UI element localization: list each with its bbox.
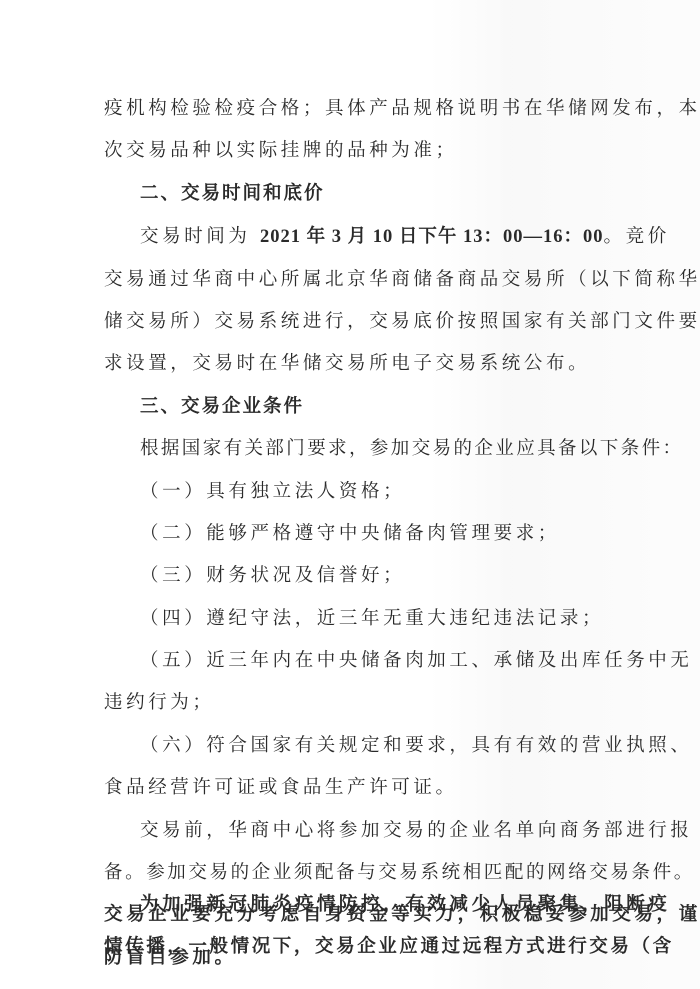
condition-item-cont: 违约行为； — [104, 689, 215, 717]
text-line: 储交易所）交易系统进行，交易底价按照国家有关部门文件要 — [104, 308, 700, 336]
text-line: 交易通过华商中心所属北京华商储备商品交易所（以下简称华 — [104, 266, 700, 294]
condition-item: （一）具有独立法人资格； — [140, 478, 405, 506]
condition-item: （六）符合国家有关规定和要求，具有有效的营业执照、 — [140, 732, 693, 760]
text-line: 备。参加交易的企业须配备与交易系统相匹配的网络交易条件。 — [104, 859, 695, 887]
text-line: 根据国家有关部门要求，参加交易的企业应具备以下条件： — [140, 435, 683, 463]
page-number: 2 — [0, 902, 700, 920]
text-line: 疫机构检验检疫合格；具体产品规格说明书在华储网发布，本 — [104, 95, 700, 123]
section-heading-2: 二、交易时间和底价 — [140, 180, 325, 208]
time-suffix: 。竞价 — [604, 226, 670, 247]
text-line: 交易时间为 2021 年 3 月 10 日下午 13：00—16：00。竞价 — [140, 223, 670, 251]
time-prefix: 交易时间为 — [140, 226, 260, 247]
section-heading-3: 三、交易企业条件 — [140, 393, 304, 421]
condition-item: （五）近三年内在中央储备肉加工、承储及出库任务中无 — [140, 647, 693, 675]
text-line: 交易前，华商中心将参加交易的企业名单向商务部进行报 — [140, 817, 693, 845]
bold-covid-line: 情传播，一般情况下，交易企业应通过远程方式进行交易（含 — [104, 933, 674, 961]
condition-item: （三）财务状况及信誉好； — [140, 562, 405, 590]
text-line: 次交易品种以实际挂牌的品种为准； — [104, 137, 458, 165]
trading-time: 2021 年 3 月 10 日下午 13：00—16：00 — [260, 227, 604, 247]
condition-item: （四）遵纪守法，近三年无重大违纪违法记录； — [140, 605, 604, 633]
condition-item-cont: 食品经营许可证或食品生产许可证。 — [104, 774, 458, 802]
condition-item: （二）能够严格遵守中央储备肉管理要求； — [140, 520, 560, 548]
text-line: 求设置，交易时在华储交易所电子交易系统公布。 — [104, 350, 590, 378]
